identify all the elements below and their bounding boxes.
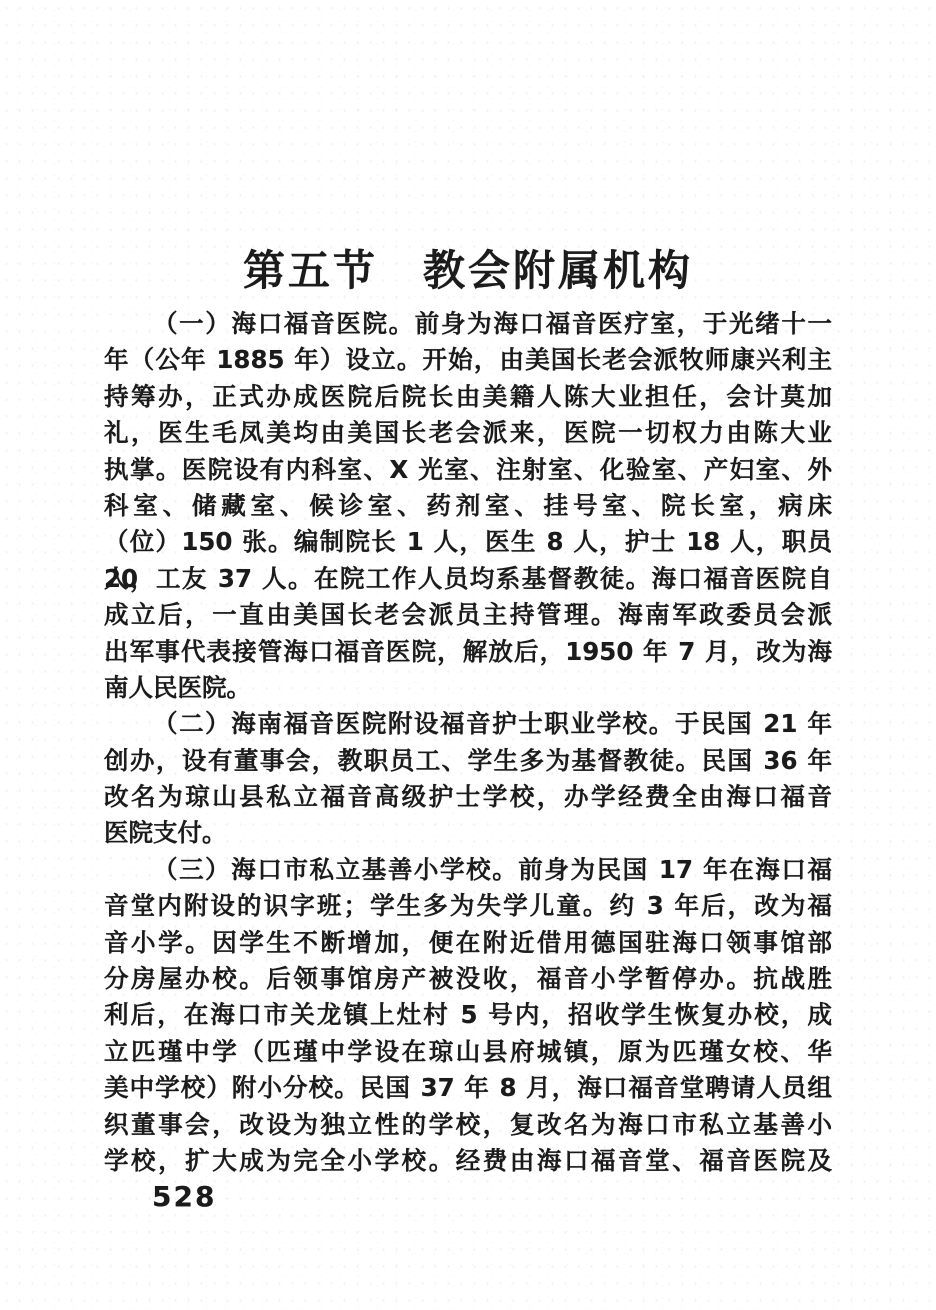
text-line: 音小学。因学生不断增加，便在附近借用德国驻海口领事馆部 [104,925,832,961]
page-body: （一）海口福音医院。前身为海口福音医疗室，于光绪十一 年（公年 1885 年）设… [104,306,832,1179]
text-line: 创办，设有董事会，教职员工、学生多为基督教徒。民国 36 年 [104,743,832,779]
text-line: 成立后，一直由美国长老会派员主持管理。海南军政委员会派 [104,597,832,633]
text-line: 立匹瑾中学（匹瑾中学设在琼山县府城镇，原为匹瑾女校、华 [104,1034,832,1070]
text-line: 分房屋办校。后领事馆房产被没收，福音小学暂停办。抗战胜 [104,961,832,997]
text-line: 科室、储藏室、候诊室、药剂室、挂号室、院长室，病床 [104,488,832,524]
text-line: 改名为琼山县私立福音高级护士学校，办学经费全由海口福音 [104,779,832,815]
text-line: 出军事代表接管海口福音医院，解放后，1950 年 7 月，改为海 [104,634,832,670]
text-line: 持筹办，正式办成医院后院长由美籍人陈大业担任，会计莫加 [104,379,832,415]
text-line: 医院支付。 [104,815,832,851]
text-line: 音堂内附设的识字班；学生多为失学儿童。约 3 年后，改为福 [104,888,832,924]
text-line: 年（公年 1885 年）设立。开始，由美国长老会派牧师康兴利主 [104,342,832,378]
text-line: （二）海南福音医院附设福音护士职业学校。于民国 21 年 [104,706,832,742]
page-number: 528 [152,1180,216,1213]
paragraph-haikou-gospel-hospital: （一）海口福音医院。前身为海口福音医疗室，于光绪十一 年（公年 1885 年）设… [104,306,832,706]
scanned-page: 第五节 教会附属机构 （一）海口福音医院。前身为海口福音医疗室，于光绪十一 年（… [0,0,936,1310]
paragraph-jishan-primary-school: （三）海口市私立基善小学校。前身为民国 17 年在海口福 音堂内附设的识字班；学… [104,852,832,1180]
text-line: （位）150 张。编制院长 1 人，医生 8 人，护士 18 人，职员 20 [104,524,832,560]
text-line: 人，工友 37 人。在院工作人员均系基督教徒。海口福音医院自 [104,561,832,597]
text-line: （三）海口市私立基善小学校。前身为民国 17 年在海口福 [104,852,832,888]
paragraph-gospel-nursing-school: （二）海南福音医院附设福音护士职业学校。于民国 21 年 创办，设有董事会，教职… [104,706,832,852]
text-line: 南人民医院。 [104,670,832,706]
text-line: 利后，在海口市关龙镇上灶村 5 号内，招收学生恢复办校，成 [104,997,832,1033]
text-line: 学校，扩大成为完全小学校。经费由海口福音堂、福音医院及 [104,1143,832,1179]
text-line: 礼，医生毛凤美均由美国长老会派来，医院一切权力由陈大业 [104,415,832,451]
section-title: 第五节 教会附属机构 [0,238,936,298]
text-line: 执掌。医院设有内科室、X 光室、注射室、化验室、产妇室、外 [104,452,832,488]
text-line: 织董事会，改设为独立性的学校，复改名为海口市私立基善小 [104,1107,832,1143]
text-line: 美中学校）附小分校。民国 37 年 8 月，海口福音堂聘请人员组 [104,1070,832,1106]
text-line: （一）海口福音医院。前身为海口福音医疗室，于光绪十一 [104,306,832,342]
